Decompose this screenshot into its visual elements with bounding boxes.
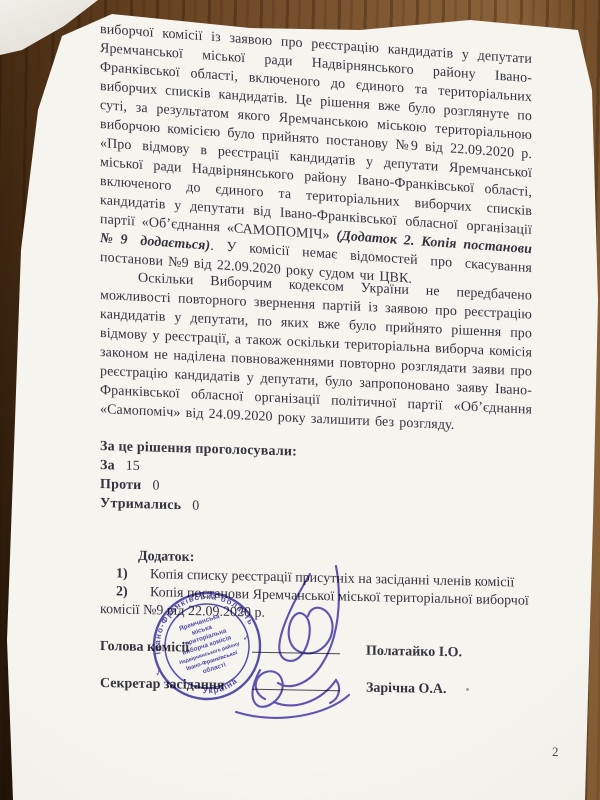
vote-count-against: 0 (152, 478, 159, 493)
head-signature-stroke (279, 574, 332, 661)
paragraph-justification: Оскільки Виборчим кодексом України не пе… (100, 267, 532, 439)
paper-speck (466, 688, 469, 691)
vote-count-for: 15 (126, 459, 140, 474)
document-page: виборчої комісії із заявою про реєстраці… (0, 0, 600, 800)
vote-label-abstained: Утримались (100, 496, 181, 513)
secretary-signature-loop (252, 670, 282, 707)
vote-label-for: За (100, 458, 115, 473)
paper-speck (497, 230, 500, 233)
vote-count-abstained: 0 (192, 499, 199, 514)
secretary-signature-flourish (274, 680, 339, 705)
head-signature-tail (278, 566, 339, 686)
paragraph-decision: виборчої комісії із заявою про реєстраці… (100, 20, 532, 297)
pen-signatures-icon (140, 552, 380, 737)
photo-scene: виборчої комісії із заявою про реєстраці… (0, 0, 600, 800)
voting-block: За це рішення проголосували: За15 Проти0… (100, 437, 532, 525)
vote-label-against: Проти (100, 477, 141, 493)
page-number: 2 (552, 744, 559, 760)
signature-name-head: Полатайко І.О. (366, 642, 462, 663)
paragraph-decision-body: виборчої комісії із заявою про реєстраці… (100, 22, 532, 244)
